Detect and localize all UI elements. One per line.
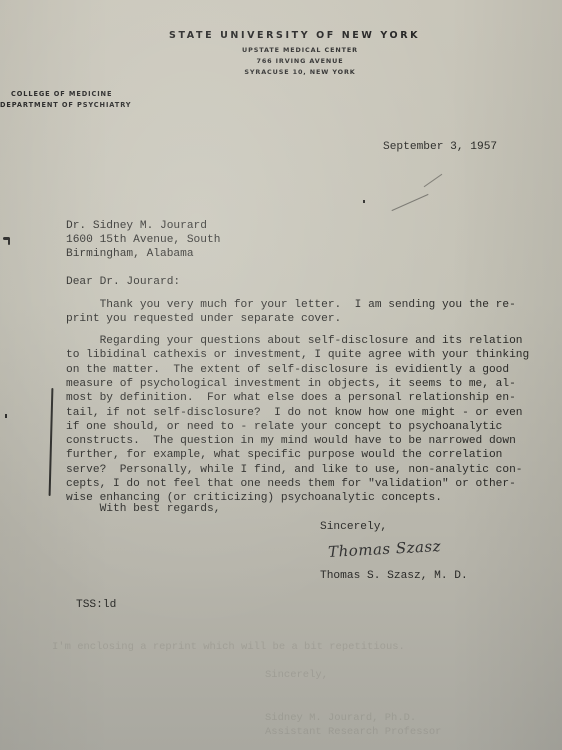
paragraph-line: most by definition. For what else does a… [66, 391, 516, 406]
typist-initials: TSS:ld [76, 598, 116, 613]
paragraph-line: to libidinal cathexis or investment, I q… [66, 348, 529, 363]
bleed-through-line: Sincerely, [265, 668, 328, 682]
handwritten-signature: Thomas Szasz [328, 537, 442, 561]
paragraph-line: serve? Personally, while I find, and lik… [66, 463, 523, 478]
letterhead-department: DEPARTMENT OF PSYCHIATRY [0, 101, 131, 109]
paragraph-line: Thank you very much for your letter. I a… [66, 298, 516, 313]
letter-page: I'm enclosing a reprint which will be a … [0, 0, 562, 750]
paragraph-line: if one should, or need to - relate your … [66, 420, 502, 435]
letterhead-center: UPSTATE MEDICAL CENTER [230, 46, 370, 54]
bleed-through-line: Assistant Research Professor [265, 725, 441, 739]
margin-line-mark [49, 388, 54, 496]
letter-date: September 3, 1957 [383, 140, 497, 155]
pencil-scribble-mark [363, 200, 365, 203]
recipient-city: Birmingham, Alabama [66, 247, 194, 262]
recipient-name: Dr. Sidney M. Jourard [66, 219, 207, 234]
recipient-street: 1600 15th Avenue, South [66, 233, 220, 248]
pencil-scribble-mark [392, 194, 429, 211]
margin-tick-mark [5, 414, 7, 418]
paragraph-line: Regarding your questions about self-disc… [66, 334, 523, 349]
salutation: Dear Dr. Jourard: [66, 275, 180, 290]
paragraph-line: tail, if not self-disclosure? I do not k… [66, 406, 523, 421]
paragraph-line: constructs. The question in my mind woul… [66, 434, 516, 449]
bleed-through-line: I'm enclosing a reprint which will be a … [52, 640, 405, 654]
paragraph-line: print you requested under separate cover… [66, 312, 341, 327]
letterhead-street: 766 IRVING AVENUE [230, 57, 370, 65]
paragraph-line: measure of psychological investment in o… [66, 377, 516, 392]
bleed-through-line: Sidney M. Jourard, Ph.D. [265, 711, 416, 725]
pencil-scribble-mark [424, 174, 443, 187]
signer-name: Thomas S. Szasz, M. D. [320, 569, 468, 584]
letterhead-institution: STATE UNIVERSITY OF NEW YORK [169, 30, 420, 41]
paragraph-line: on the matter. The extent of self-disclo… [66, 363, 509, 378]
paragraph-line: cepts, I do not feel that one needs them… [66, 477, 516, 492]
letterhead-college: COLLEGE OF MEDICINE [11, 90, 112, 98]
closing-regards: With best regards, [66, 502, 220, 517]
complimentary-close: Sincerely, [320, 520, 387, 535]
paragraph-line: further, for example, what specific purp… [66, 448, 502, 463]
margin-hook-mark [8, 238, 10, 245]
letterhead-city: SYRACUSE 10, NEW YORK [230, 68, 370, 76]
